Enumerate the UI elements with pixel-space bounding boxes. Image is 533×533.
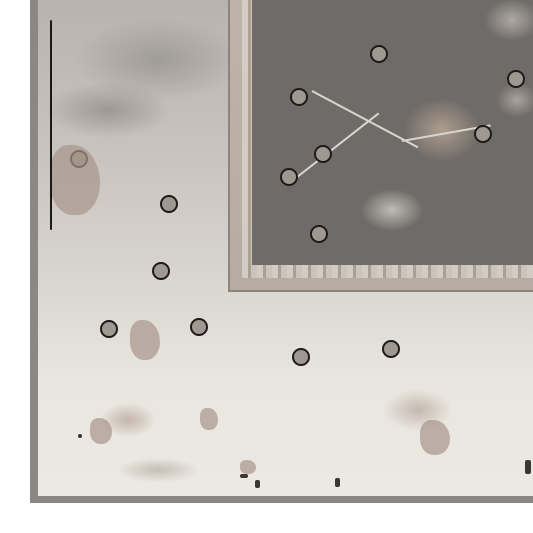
beige-blot: [90, 418, 112, 444]
beige-blot: [200, 408, 218, 430]
flower-motif: [160, 195, 178, 213]
dark-speck: [78, 434, 82, 438]
beige-blot: [130, 320, 160, 360]
flower-motif: [100, 320, 118, 338]
beige-blot: [420, 420, 450, 455]
dark-speck: [335, 478, 340, 487]
beige-blot: [240, 460, 256, 474]
dark-speck: [525, 460, 531, 474]
flower-motif: [314, 145, 332, 163]
flower-motif: [507, 70, 525, 88]
dark-speck: [255, 480, 260, 488]
flower-motif: [290, 88, 308, 106]
border-line: [50, 20, 52, 230]
rug: [30, 0, 533, 503]
flower-motif: [280, 168, 298, 186]
inner-panel: [252, 0, 533, 265]
flower-motif: [474, 125, 492, 143]
vine: [291, 112, 379, 181]
flower-motif: [310, 225, 328, 243]
photo-scene: [0, 0, 533, 533]
flower-motif: [382, 340, 400, 358]
flower-motif: [152, 262, 170, 280]
flower-motif: [292, 348, 310, 366]
dark-speck: [240, 474, 248, 478]
flower-motif: [190, 318, 208, 336]
flower-motif: [370, 45, 388, 63]
